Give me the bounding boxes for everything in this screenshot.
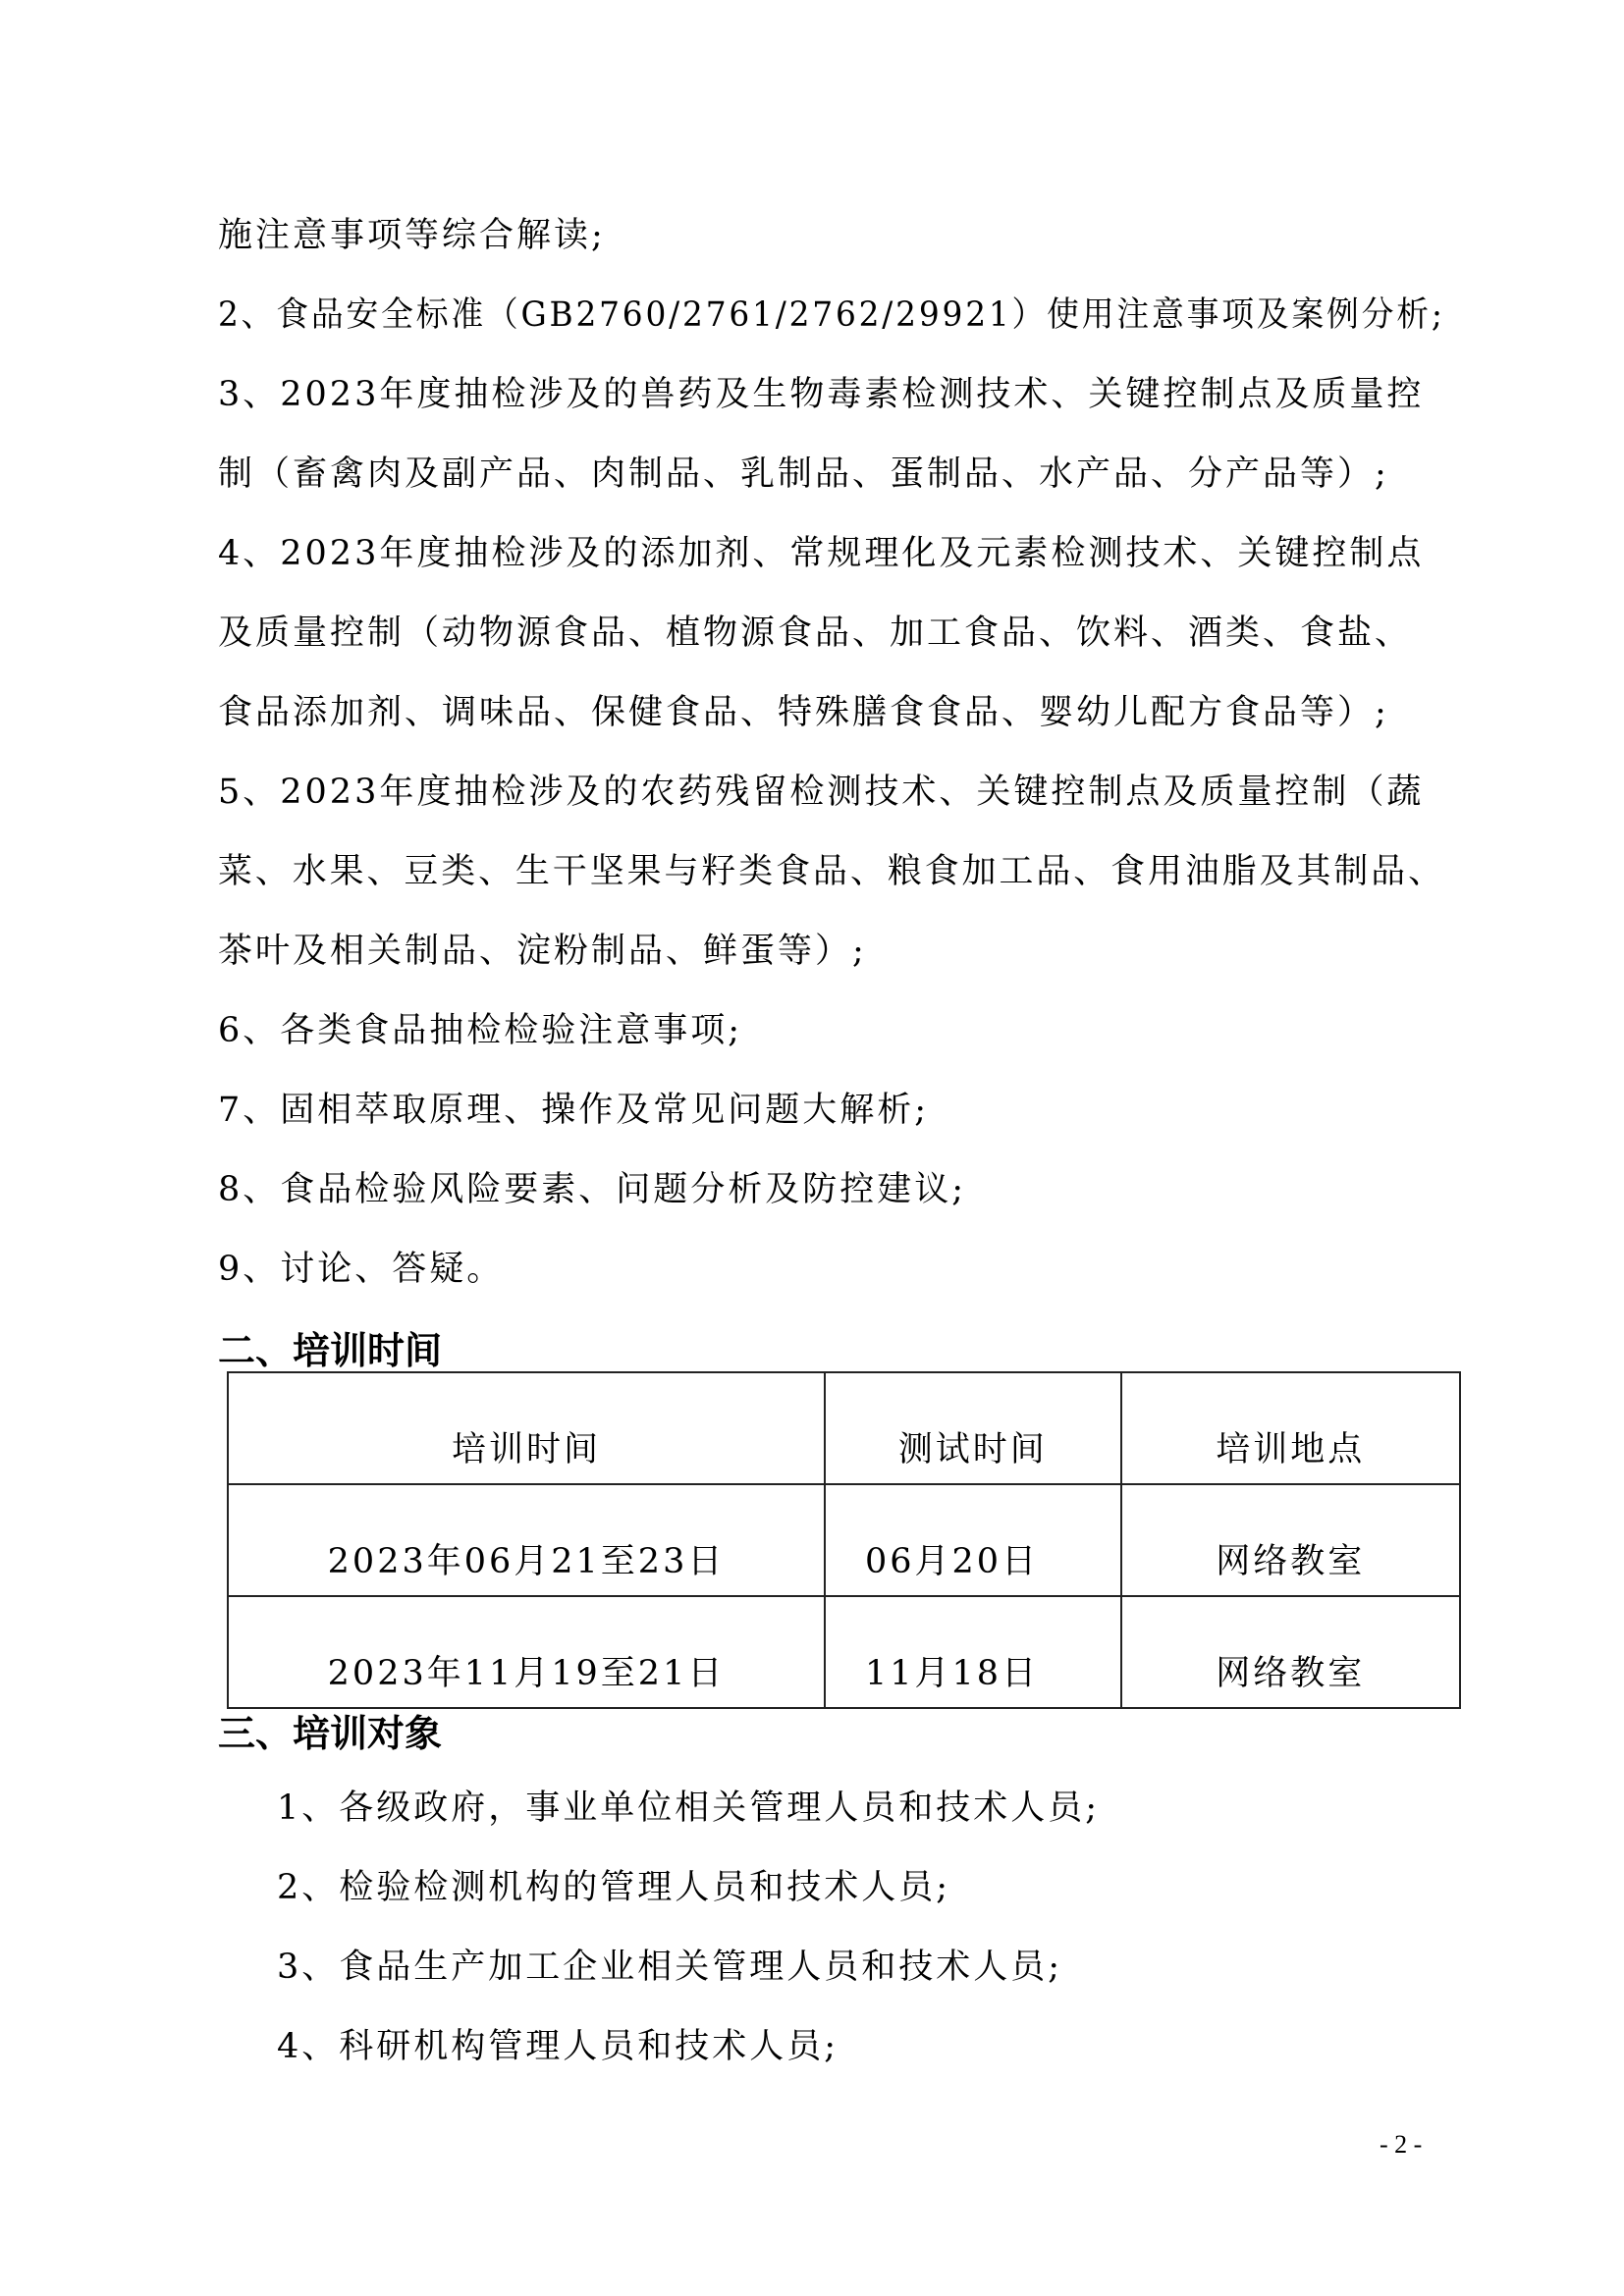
table-cell: 网络教室: [1121, 1596, 1460, 1708]
body-line: 菜、水果、豆类、生干坚果与籽类食品、粮食加工品、食用油脂及其制品、: [218, 850, 1445, 893]
table-cell: 11月18日: [825, 1596, 1121, 1708]
audience-item: 4、科研机构管理人员和技术人员;: [277, 2025, 839, 2068]
audience-item: 1、各级政府，事业单位相关管理人员和技术人员;: [277, 1787, 1100, 1830]
body-line: 5、2023年度抽检涉及的农药残留检测技术、关键控制点及质量控制（蔬: [218, 771, 1424, 814]
body-line: 制（畜禽肉及副产品、肉制品、乳制品、蛋制品、水产品、分产品等）;: [218, 453, 1389, 496]
audience-item: 2、检验检测机构的管理人员和技术人员;: [277, 1866, 950, 1909]
table-cell: 06月20日: [825, 1484, 1121, 1596]
table-header-cell: 培训地点: [1121, 1372, 1460, 1484]
body-line: 食品添加剂、调味品、保健食品、特殊膳食食品、婴幼儿配方食品等）;: [218, 691, 1389, 734]
page-number: - 2 -: [1380, 2130, 1422, 2160]
table-cell: 2023年11月19至21日: [228, 1596, 825, 1708]
body-line: 2、食品安全标准（GB2760/2761/2762/29921）使用注意事项及案…: [218, 294, 1445, 337]
table-header-cell: 培训时间: [228, 1372, 825, 1484]
body-line: 及质量控制（动物源食品、植物源食品、加工食品、饮料、酒类、食盐、: [218, 612, 1412, 655]
body-line: 茶叶及相关制品、淀粉制品、鲜蛋等）;: [218, 930, 867, 973]
table-cell: 2023年06月21至23日: [228, 1484, 825, 1596]
table-row: 2023年06月21至23日 06月20日 网络教室: [228, 1484, 1460, 1596]
body-line: 8、食品检验风险要素、问题分析及防控建议;: [218, 1168, 966, 1211]
table-header-cell: 测试时间: [825, 1372, 1121, 1484]
section-heading-training-audience: 三、培训对象: [218, 1703, 442, 1757]
table-row: 2023年11月19至21日 11月18日 网络教室: [228, 1596, 1460, 1708]
body-line: 4、2023年度抽检涉及的添加剂、常规理化及元素检测技术、关键控制点: [218, 532, 1424, 575]
body-line: 3、2023年度抽检涉及的兽药及生物毒素检测技术、关键控制点及质量控: [218, 373, 1424, 416]
body-line: 6、各类食品抽检检验注意事项;: [218, 1009, 742, 1052]
body-line: 7、固相萃取原理、操作及常见问题大解析;: [218, 1089, 929, 1132]
audience-item: 3、食品生产加工企业相关管理人员和技术人员;: [277, 1946, 1062, 1989]
section-heading-training-time: 二、培训时间: [218, 1320, 442, 1374]
training-schedule-table: 培训时间 测试时间 培训地点 2023年06月21至23日 06月20日 网络教…: [227, 1371, 1461, 1709]
body-line: 施注意事项等综合解读;: [218, 214, 606, 257]
table-cell: 网络教室: [1121, 1484, 1460, 1596]
table-header-row: 培训时间 测试时间 培训地点: [228, 1372, 1460, 1484]
body-line: 9、讨论、答疑。: [218, 1248, 504, 1291]
